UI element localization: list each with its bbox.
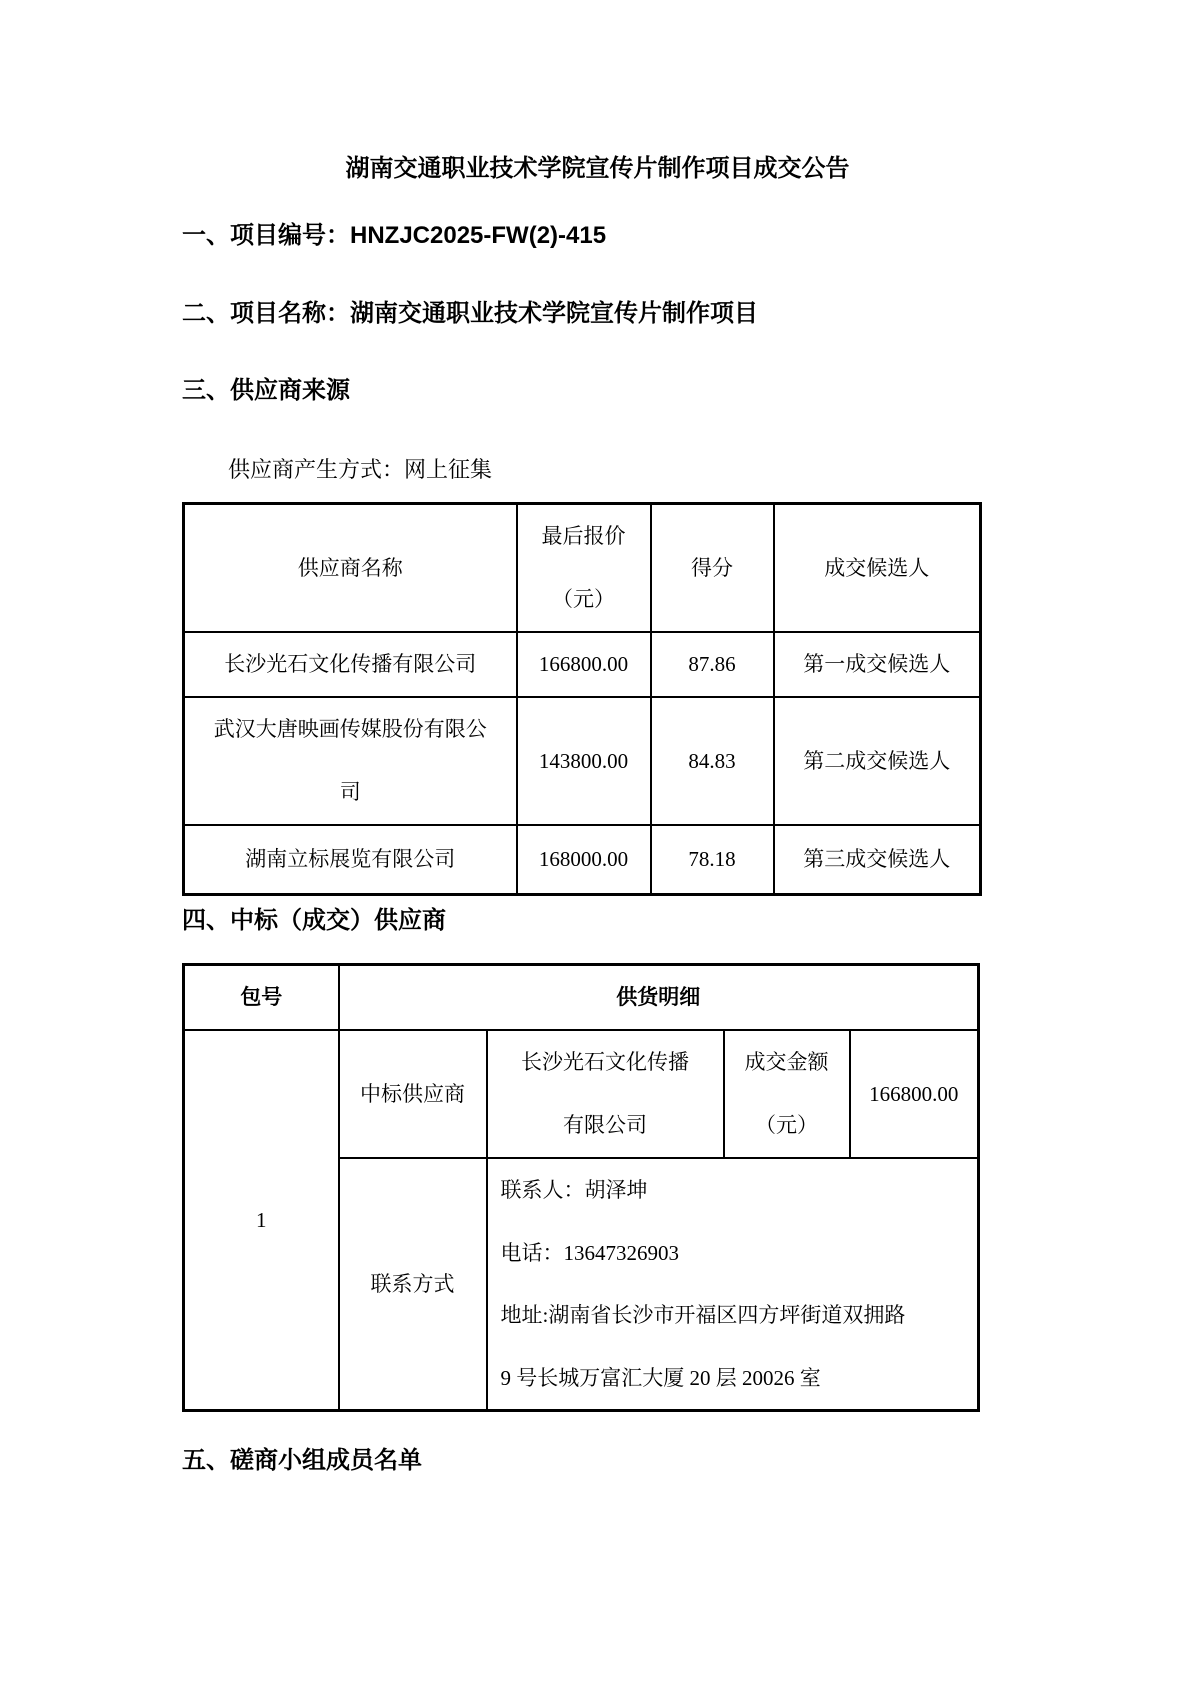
section-heading-supplier-source: 三、供应商来源 (182, 376, 350, 406)
candidate-2-rank: 第二成交候选人 (774, 697, 981, 825)
contact-info-cell: 联系人：胡泽坤 电话：13647326903 地址:湖南省长沙市开福区四方坪街道… (487, 1158, 979, 1411)
candidate-3-price: 168000.00 (517, 825, 651, 894)
document-page: 湖南交通职业技术学院宣传片制作项目成交公告 一、项目编号：HNZJC2025-F… (0, 0, 1191, 1684)
candidates-table: 供应商名称 最后报价 （元） 得分 成交候选人 长沙光石文化传播有限公司 166… (182, 502, 982, 896)
winner-header-row: 包号 供货明细 (184, 965, 979, 1031)
candidate-1-supplier: 长沙光石文化传播有限公司 (184, 632, 517, 697)
candidate-1-score: 87.86 (651, 632, 774, 697)
candidate-row-2: 武汉大唐映画传媒股份有限公 司 143800.00 84.83 第二成交候选人 (184, 697, 981, 825)
candidate-2-price: 143800.00 (517, 697, 651, 825)
candidates-header-row: 供应商名称 最后报价 （元） 得分 成交候选人 (184, 504, 981, 633)
col-header-score: 得分 (651, 504, 774, 633)
page-title: 湖南交通职业技术学院宣传片制作项目成交公告 (182, 153, 1013, 185)
section-heading-project-name: 二、项目名称：湖南交通职业技术学院宣传片制作项目 (182, 299, 758, 329)
package-number-cell: 1 (184, 1030, 339, 1411)
candidate-3-score: 78.18 (651, 825, 774, 894)
candidate-row-1: 长沙光石文化传播有限公司 166800.00 87.86 第一成交候选人 (184, 632, 981, 697)
candidate-1-price: 166800.00 (517, 632, 651, 697)
amount-value-cell: 166800.00 (850, 1030, 979, 1158)
winner-row: 1 中标供应商 长沙光石文化传播 有限公司 成交金额 （元） 166800.00 (184, 1030, 979, 1158)
col-header-package-no: 包号 (184, 965, 339, 1031)
winner-name-cell: 长沙光石文化传播 有限公司 (487, 1030, 724, 1158)
candidate-1-rank: 第一成交候选人 (774, 632, 981, 697)
winner-table: 包号 供货明细 1 中标供应商 长沙光石文化传播 有限公司 成交金额 （元） 1… (182, 963, 980, 1412)
col-header-final-price: 最后报价 （元） (517, 504, 651, 633)
section-heading-project-number: 一、项目编号：HNZJC2025-FW(2)-415 (182, 221, 606, 251)
amount-label-cell: 成交金额 （元） (724, 1030, 850, 1158)
col-header-candidate: 成交候选人 (774, 504, 981, 633)
contact-label-cell: 联系方式 (339, 1158, 487, 1411)
candidate-2-supplier: 武汉大唐映画传媒股份有限公 司 (184, 697, 517, 825)
col-header-supplier-name: 供应商名称 (184, 504, 517, 633)
section-heading-winner: 四、中标（成交）供应商 (182, 906, 446, 936)
candidate-2-score: 84.83 (651, 697, 774, 825)
candidate-3-rank: 第三成交候选人 (774, 825, 981, 894)
winner-label-cell: 中标供应商 (339, 1030, 487, 1158)
col-header-supply-detail: 供货明细 (339, 965, 979, 1031)
supplier-method-line: 供应商产生方式：网上征集 (228, 455, 492, 485)
section-heading-panel-members: 五、磋商小组成员名单 (182, 1446, 422, 1476)
candidate-row-3: 湖南立标展览有限公司 168000.00 78.18 第三成交候选人 (184, 825, 981, 894)
candidate-3-supplier: 湖南立标展览有限公司 (184, 825, 517, 894)
